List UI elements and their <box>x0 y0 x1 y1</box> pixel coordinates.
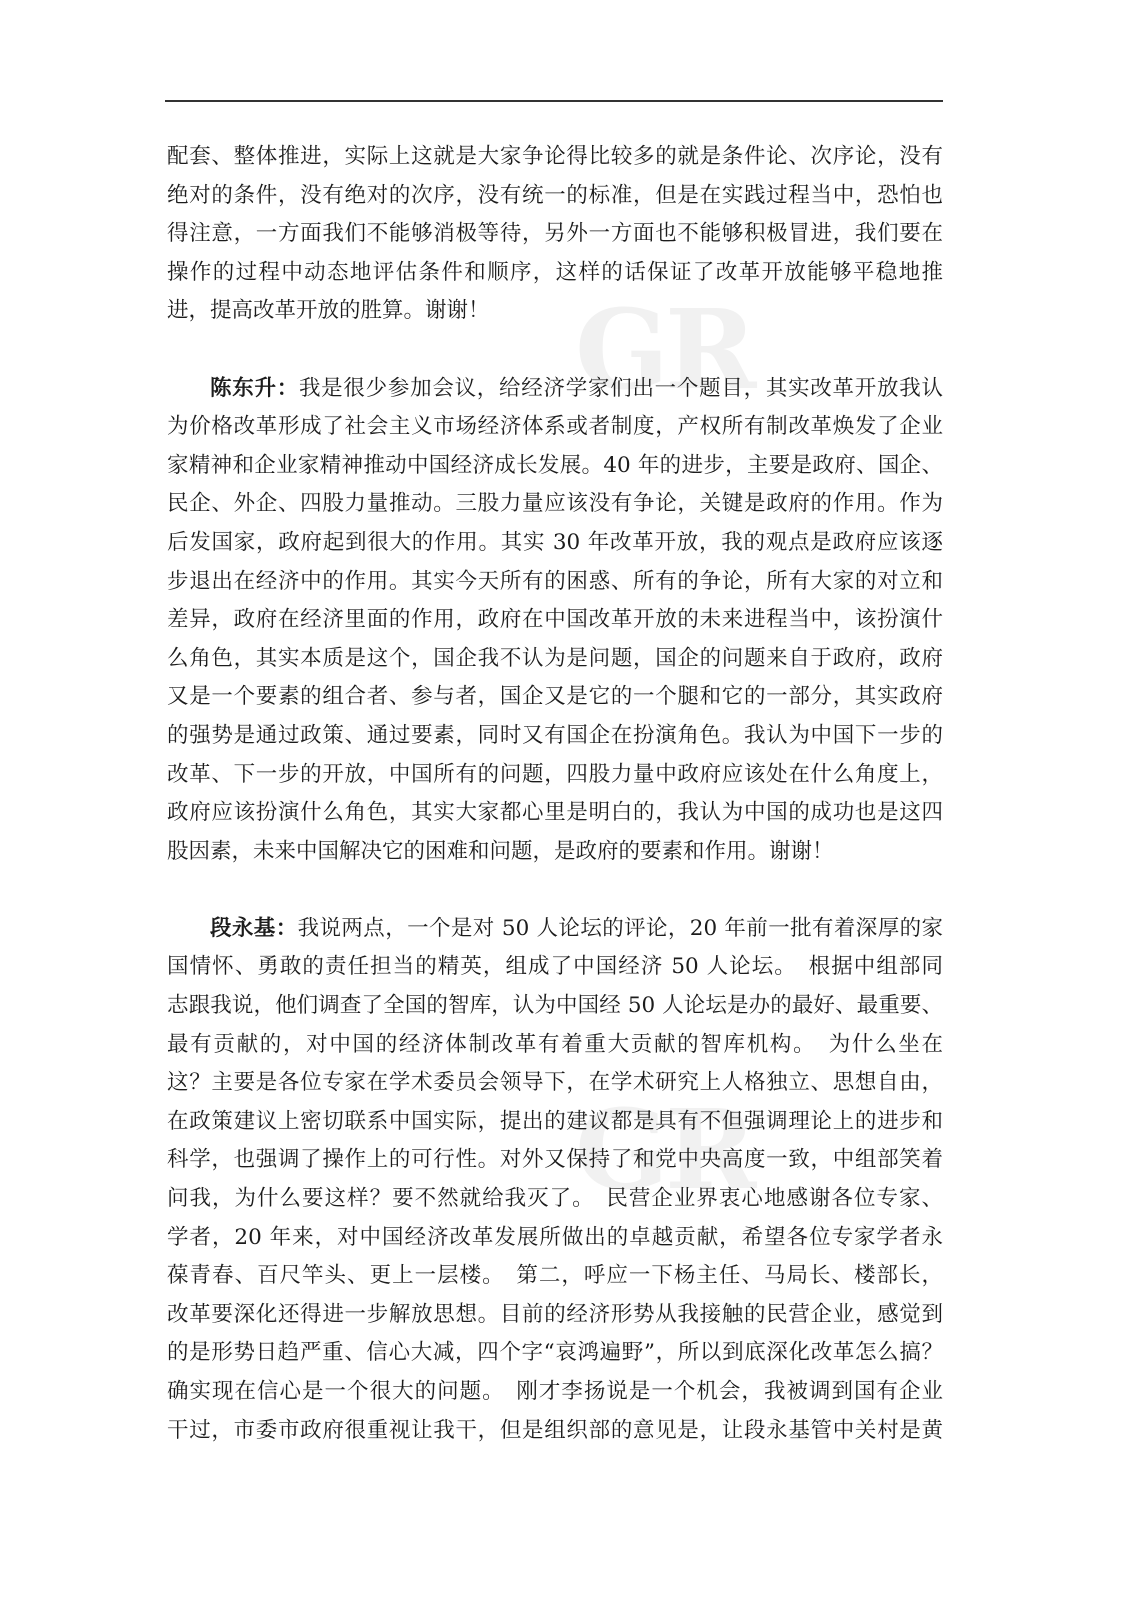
text-line: 最有贡献的，对中国的经济体制改革有着重大贡献的智库机构。 为什么坐在 <box>167 1026 943 1065</box>
text-line: 确实现在信心是一个很大的问题。 刚才李扬说是一个机会，我被调到国有企业 <box>167 1373 943 1412</box>
text-line: 操作的过程中动态地评估条件和顺序，这样的话保证了改革开放能够平稳地推 <box>167 254 943 293</box>
text-line: 家精神和企业家精神推动中国经济成长发展。40 年的进步，主要是政府、国企、 <box>167 447 943 486</box>
text-line: 为价格改革形成了社会主义市场经济体系或者制度，产权所有制改革焕发了企业 <box>167 408 943 447</box>
speech-text: 我说两点，一个是对 50 人论坛的评论，20 年前一批有着深厚的家 <box>298 916 943 941</box>
text-line: 干过，市委市政府很重视让我干，但是组织部的意见是，让段永基管中关村是黄 <box>167 1412 943 1451</box>
speech-text: 我是很少参加会议，给经济学家们出一个题目，其实改革开放我认 <box>299 376 943 401</box>
text-line: 问我，为什么要这样？要不然就给我灭了。 民营企业界衷心地感谢各位专家、 <box>167 1180 943 1219</box>
text-line: 得注意，一方面我们不能够消极等待，另外一方面也不能够积极冒进，我们要在 <box>167 215 943 254</box>
header-rule <box>165 100 943 102</box>
text-line: 后发国家，政府起到很大的作用。其实 30 年改革开放，我的观点是政府应该逐 <box>167 524 943 563</box>
text-line: 这？主要是各位专家在学术委员会领导下，在学术研究上人格独立、思想自由， <box>167 1064 943 1103</box>
text-line: 葆青春、百尺竿头、更上一层楼。 第二，呼应一下杨主任、马局长、楼部长， <box>167 1257 943 1296</box>
document-page: GR GR 配套、整体推进，实际上这就是大家争论得比较多的就是条件论、次序论，没… <box>0 0 1131 1600</box>
text-line: 进，提高改革开放的胜算。谢谢！ <box>167 292 943 331</box>
text-line: 股因素，未来中国解决它的困难和问题，是政府的要素和作用。谢谢！ <box>167 833 943 872</box>
text-line: 国情怀、勇敢的责任担当的精英，组成了中国经济 50 人论坛。 根据中组部同 <box>167 948 943 987</box>
text-line: 陈东升：我是很少参加会议，给经济学家们出一个题目，其实改革开放我认 <box>167 370 943 409</box>
speaker-name: 段永基： <box>210 916 298 941</box>
text-line: 步退出在经济中的作用。其实今天所有的困惑、所有的争论，所有大家的对立和 <box>167 563 943 602</box>
text-line: 差异，政府在经济里面的作用，政府在中国改革开放的未来进程当中，该扮演什 <box>167 601 943 640</box>
paragraph-speaker-duan-yongji: 段永基：我说两点，一个是对 50 人论坛的评论，20 年前一批有着深厚的家 国情… <box>167 910 943 1450</box>
paragraph-speaker-chen-dongsheng: 陈东升：我是很少参加会议，给经济学家们出一个题目，其实改革开放我认 为价格改革形… <box>167 370 943 872</box>
speaker-name: 陈东升： <box>210 376 299 401</box>
text-line: 政府应该扮演什么角色，其实大家都心里是明白的，我认为中国的成功也是这四 <box>167 794 943 833</box>
text-line: 志跟我说，他们调查了全国的智库，认为中国经 50 人论坛是办的最好、最重要、 <box>167 987 943 1026</box>
text-line: 改革、下一步的开放，中国所有的问题，四股力量中政府应该处在什么角度上， <box>167 756 943 795</box>
text-line: 改革要深化还得进一步解放思想。目前的经济形势从我接触的民营企业，感觉到 <box>167 1296 943 1335</box>
paragraph: 配套、整体推进，实际上这就是大家争论得比较多的就是条件论、次序论，没有 绝对的条… <box>167 138 943 331</box>
text-line: 的强势是通过政策、通过要素，同时又有国企在扮演角色。我认为中国下一步的 <box>167 717 943 756</box>
text-line: 段永基：我说两点，一个是对 50 人论坛的评论，20 年前一批有着深厚的家 <box>167 910 943 949</box>
text-line: 绝对的条件，没有绝对的次序，没有统一的标准，但是在实践过程当中，恐怕也 <box>167 177 943 216</box>
text-line: 的是形势日趋严重、信心大减，四个字“哀鸿遍野”，所以到底深化改革怎么搞？ <box>167 1334 943 1373</box>
text-line: 在政策建议上密切联系中国实际，提出的建议都是具有不但强调理论上的进步和 <box>167 1103 943 1142</box>
text-line: 民企、外企、四股力量推动。三股力量应该没有争论，关键是政府的作用。作为 <box>167 485 943 524</box>
text-line: 又是一个要素的组合者、参与者，国企又是它的一个腿和它的一部分，其实政府 <box>167 678 943 717</box>
text-line: 配套、整体推进，实际上这就是大家争论得比较多的就是条件论、次序论，没有 <box>167 138 943 177</box>
text-line: 学者，20 年来，对中国经济改革发展所做出的卓越贡献，希望各位专家学者永 <box>167 1219 943 1258</box>
text-line: 么角色，其实本质是这个，国企我不认为是问题，国企的问题来自于政府，政府 <box>167 640 943 679</box>
document-body: 配套、整体推进，实际上这就是大家争论得比较多的就是条件论、次序论，没有 绝对的条… <box>167 138 943 1450</box>
text-line: 科学，也强调了操作上的可行性。对外又保持了和党中央高度一致，中组部笑着 <box>167 1141 943 1180</box>
